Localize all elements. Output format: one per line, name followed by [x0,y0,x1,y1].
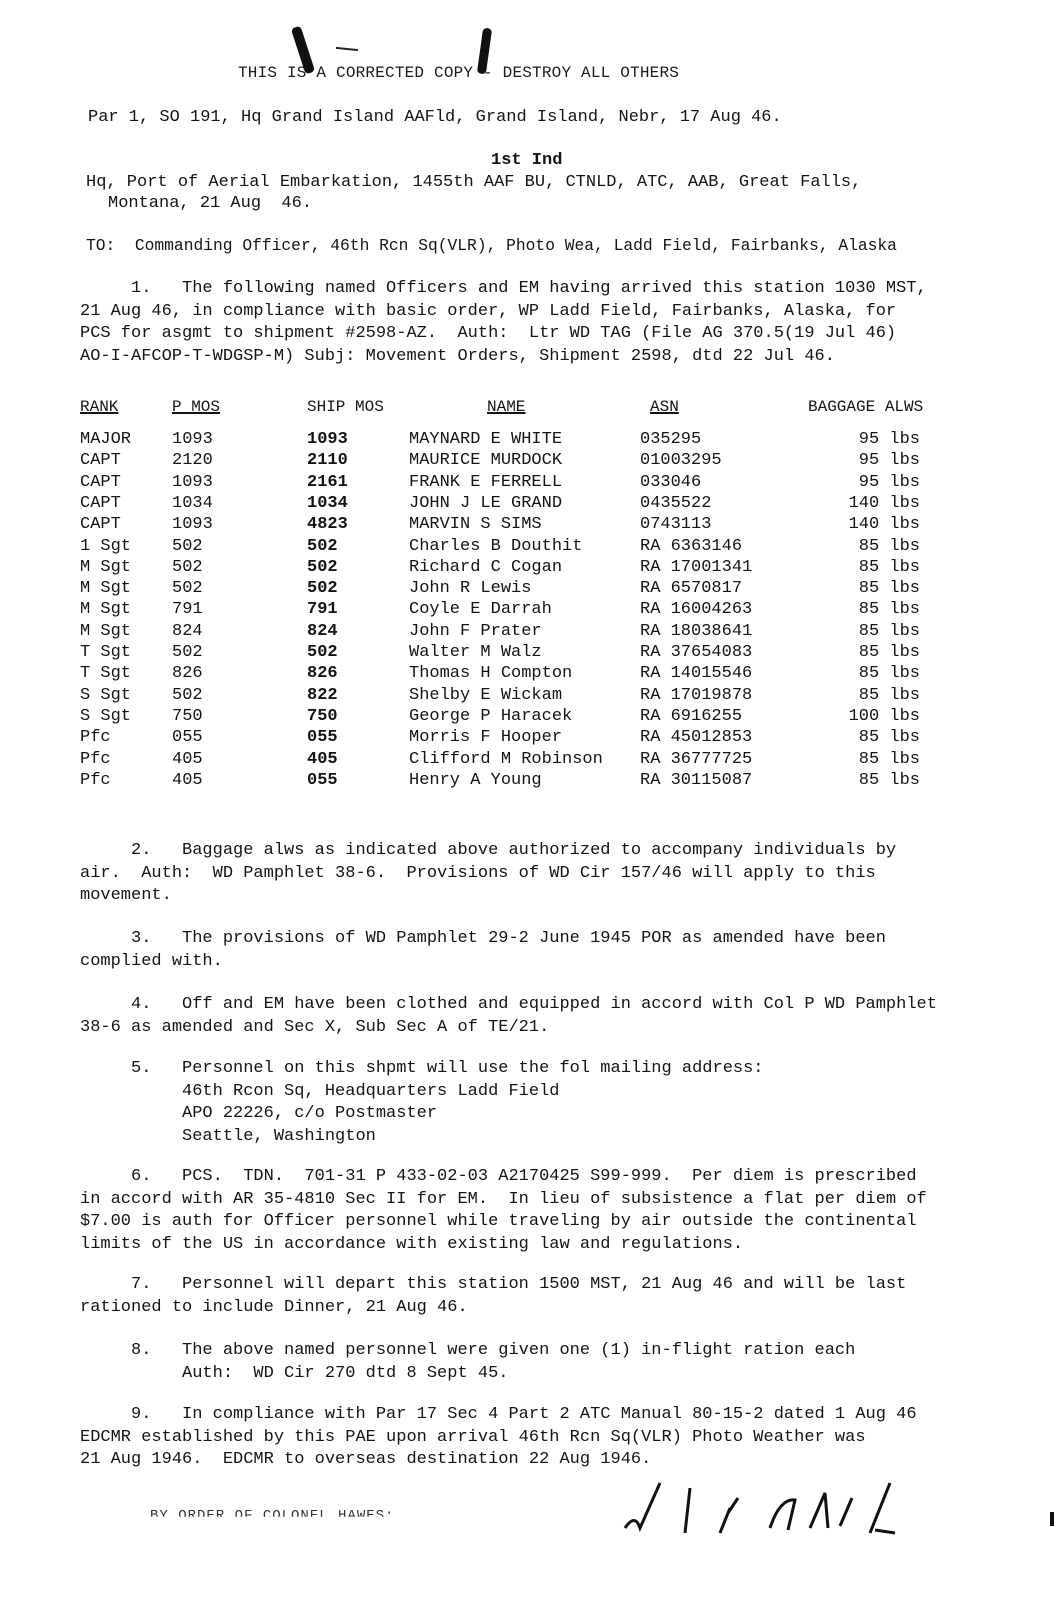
paragraph-8-line: 8. The above named personnel were given … [80,1340,1010,1363]
rank-cell: M Sgt [80,558,131,577]
p-mos-cell: 055 [172,728,203,747]
p-mos-cell: 824 [172,622,203,641]
table-row: T Sgt502502Walter M WalzRA 3765408385 lb… [0,643,1059,665]
p-mos-cell: 502 [172,558,203,577]
paragraph-1-line: PCS for asgmt to shipment #2598-AZ. Auth… [80,323,1010,346]
ship-mos-cell: 824 [307,622,338,641]
name-cell: Thomas H Compton [409,664,572,683]
ship-mos-cell: 502 [307,579,338,598]
from-line-2: Montana, 21 Aug 46. [108,194,312,213]
name-cell: John R Lewis [409,579,531,598]
baggage-cell: 85 lbs [800,558,920,577]
column-header-name: NAME [487,398,525,416]
baggage-cell: 85 lbs [800,579,920,598]
ship-mos-cell: 055 [307,771,338,790]
rank-cell: T Sgt [80,664,131,683]
p-mos-cell: 1034 [172,494,213,513]
baggage-cell: 85 lbs [800,686,920,705]
name-cell: MARVIN S SIMS [409,515,542,534]
name-cell: John F Prater [409,622,542,641]
p-mos-cell: 502 [172,643,203,662]
asn-cell: RA 16004263 [640,600,752,619]
paragraph-4: 4. Off and EM have been clothed and equi… [80,994,1010,1039]
name-cell: Morris F Hooper [409,728,562,747]
baggage-cell: 85 lbs [800,622,920,641]
name-cell: Charles B Douthit [409,537,582,556]
table-row: CAPT21202110MAURICE MURDOCK0100329595 lb… [0,451,1059,473]
name-cell: MAYNARD E WHITE [409,430,562,449]
baggage-cell: 85 lbs [800,537,920,556]
baggage-cell: 85 lbs [800,771,920,790]
p-mos-cell: 1093 [172,430,213,449]
paragraph-7: 7. Personnel will depart this station 15… [80,1274,1010,1319]
baggage-cell: 85 lbs [800,664,920,683]
table-row: T Sgt826826Thomas H ComptonRA 1401554685… [0,664,1059,686]
paragraph-3-line: complied with. [80,951,1010,974]
paragraph-8: 8. The above named personnel were given … [80,1340,1010,1385]
asn-cell: 033046 [640,473,701,492]
rank-cell: M Sgt [80,622,131,641]
rank-cell: 1 Sgt [80,537,131,556]
table-row: 1 Sgt502502Charles B DouthitRA 636314685… [0,537,1059,559]
table-row: CAPT10932161FRANK E FERRELL03304695 lbs [0,473,1059,495]
rank-cell: CAPT [80,473,121,492]
p-mos-cell: 2120 [172,451,213,470]
name-cell: George P Haracek [409,707,572,726]
column-header-ship-mos: SHIP MOS [307,398,384,416]
asn-cell: RA 36777725 [640,750,752,769]
asn-cell: RA 30115087 [640,771,752,790]
baggage-cell: 85 lbs [800,728,920,747]
p-mos-cell: 750 [172,707,203,726]
paragraph-2-line: 2. Baggage alws as indicated above autho… [80,840,1010,863]
paragraph-6: 6. PCS. TDN. 701-31 P 433-02-03 A2170425… [80,1166,1010,1256]
p-mos-cell: 502 [172,537,203,556]
paragraph-9-line: 9. In compliance with Par 17 Sec 4 Part … [80,1404,1010,1427]
paragraph-5-mailing-address: 5. Personnel on this shpmt will use the … [80,1058,1010,1148]
paragraph-9-line: 21 Aug 1946. EDCMR to overseas destinati… [80,1449,1010,1472]
name-cell: Henry A Young [409,771,542,790]
table-row: M Sgt824824John F PraterRA 1803864185 lb… [0,622,1059,644]
paragraph-9: 9. In compliance with Par 17 Sec 4 Part … [80,1404,1010,1472]
name-cell: Shelby E Wickam [409,686,562,705]
asn-cell: RA 17019878 [640,686,752,705]
p-mos-cell: 791 [172,600,203,619]
baggage-cell: 140 lbs [800,494,920,513]
paragraph-3: 3. The provisions of WD Pamphlet 29-2 Ju… [80,928,1010,973]
ship-mos-cell: 750 [307,707,338,726]
paragraph-6-line: 6. PCS. TDN. 701-31 P 433-02-03 A2170425… [80,1166,1010,1189]
paragraph-6-line: $7.00 is auth for Officer personnel whil… [80,1211,1010,1234]
ship-mos-cell: 826 [307,664,338,683]
paragraph-4-line: 38-6 as amended and Sec X, Sub Sec A of … [80,1017,1010,1040]
mailing-address-city: Seattle, Washington [80,1126,1010,1149]
ship-mos-cell: 822 [307,686,338,705]
ship-mos-cell: 791 [307,600,338,619]
name-cell: Walter M Walz [409,643,542,662]
name-cell: FRANK E FERRELL [409,473,562,492]
table-row: Pfc055055Morris F HooperRA 4501285385 lb… [0,728,1059,750]
scan-edge-mark [1050,1512,1054,1526]
ship-mos-cell: 502 [307,537,338,556]
p-mos-cell: 405 [172,771,203,790]
asn-cell: 0743113 [640,515,711,534]
paragraph-7-line: 7. Personnel will depart this station 15… [80,1274,1010,1297]
asn-cell: 035295 [640,430,701,449]
baggage-cell: 85 lbs [800,600,920,619]
reference-line: Par 1, SO 191, Hq Grand Island AAFld, Gr… [88,108,782,127]
paragraph-5-line: 5. Personnel on this shpmt will use the … [80,1058,1010,1081]
paragraph-2-line: air. Auth: WD Pamphlet 38-6. Provisions … [80,863,1010,886]
name-cell: Clifford M Robinson [409,750,603,769]
paragraph-2-line: movement. [80,885,1010,908]
baggage-cell: 140 lbs [800,515,920,534]
rank-cell: Pfc [80,750,111,769]
rank-cell: CAPT [80,515,121,534]
rank-cell: S Sgt [80,707,131,726]
paragraph-6-line: in accord with AR 35-4810 Sec II for EM.… [80,1189,1010,1212]
from-line-1: Hq, Port of Aerial Embarkation, 1455th A… [86,173,861,192]
table-row: S Sgt750750George P HaracekRA 6916255100… [0,707,1059,729]
rank-cell: CAPT [80,494,121,513]
ship-mos-cell: 502 [307,558,338,577]
ship-mos-cell: 2110 [307,451,348,470]
paragraph-1-line: 1. The following named Officers and EM h… [80,278,1010,301]
table-row: CAPT10341034JOHN J LE GRAND0435522140 lb… [0,494,1059,516]
column-header-baggage: BAGGAGE ALWS [808,398,923,416]
ship-mos-cell: 1034 [307,494,348,513]
corrected-copy-banner: THIS IS A CORRECTED COPY - DESTROY ALL O… [238,64,679,82]
paragraph-1: 1. The following named Officers and EM h… [80,278,1010,368]
asn-cell: RA 6916255 [640,707,742,726]
name-cell: JOHN J LE GRAND [409,494,562,513]
signature-mark [620,1478,910,1538]
table-row: S Sgt502822Shelby E WickamRA 1701987885 … [0,686,1059,708]
paragraph-6-line: limits of the US in accordance with exis… [80,1234,1010,1257]
paragraph-2: 2. Baggage alws as indicated above autho… [80,840,1010,908]
ship-mos-cell: 055 [307,728,338,747]
p-mos-cell: 502 [172,579,203,598]
ship-mos-cell: 2161 [307,473,348,492]
rank-cell: CAPT [80,451,121,470]
table-row: MAJOR10931093MAYNARD E WHITE03529595 lbs [0,430,1059,452]
paragraph-4-line: 4. Off and EM have been clothed and equi… [80,994,1010,1017]
asn-cell: RA 6570817 [640,579,742,598]
name-cell: MAURICE MURDOCK [409,451,562,470]
baggage-cell: 85 lbs [800,643,920,662]
rank-cell: S Sgt [80,686,131,705]
rank-cell: MAJOR [80,430,131,449]
table-row: M Sgt791791Coyle E DarrahRA 1600426385 l… [0,600,1059,622]
handwritten-dash [336,47,358,51]
p-mos-cell: 502 [172,686,203,705]
asn-cell: 0435522 [640,494,711,513]
p-mos-cell: 826 [172,664,203,683]
asn-cell: RA 45012853 [640,728,752,747]
by-order-line: BY ORDER OF COLONEL HAWES: [150,1508,394,1524]
mailing-address-unit: 46th Rcon Sq, Headquarters Ladd Field [80,1081,1010,1104]
paragraph-1-line: 21 Aug 46, in compliance with basic orde… [80,301,1010,324]
paragraph-8-line: Auth: WD Cir 270 dtd 8 Sept 45. [80,1363,1010,1386]
rank-cell: Pfc [80,771,111,790]
table-row: Pfc405405Clifford M RobinsonRA 367777258… [0,750,1059,772]
indorsement-heading: 1st Ind [491,151,562,170]
asn-cell: 01003295 [640,451,722,470]
rank-cell: Pfc [80,728,111,747]
column-header-p-mos: P MOS [172,398,220,416]
ship-mos-cell: 1093 [307,430,348,449]
asn-cell: RA 6363146 [640,537,742,556]
table-row: CAPT10934823MARVIN S SIMS0743113140 lbs [0,515,1059,537]
ship-mos-cell: 405 [307,750,338,769]
addressee-line: TO: Commanding Officer, 46th Rcn Sq(VLR)… [86,236,897,255]
ship-mos-cell: 4823 [307,515,348,534]
p-mos-cell: 1093 [172,515,213,534]
baggage-cell: 85 lbs [800,750,920,769]
table-row: M Sgt502502John R LewisRA 657081785 lbs [0,579,1059,601]
paragraph-9-line: EDCMR established by this PAE upon arriv… [80,1427,1010,1450]
table-row: M Sgt502502Richard C CoganRA 1700134185 … [0,558,1059,580]
asn-cell: RA 37654083 [640,643,752,662]
ship-mos-cell: 502 [307,643,338,662]
column-header-asn: ASN [650,398,679,416]
mailing-address-apo: APO 22226, c/o Postmaster [80,1103,1010,1126]
table-row: Pfc405055Henry A YoungRA 3011508785 lbs [0,771,1059,793]
asn-cell: RA 17001341 [640,558,752,577]
paragraph-3-line: 3. The provisions of WD Pamphlet 29-2 Ju… [80,928,1010,951]
rank-cell: M Sgt [80,600,131,619]
name-cell: Coyle E Darrah [409,600,552,619]
name-cell: Richard C Cogan [409,558,562,577]
asn-cell: RA 14015546 [640,664,752,683]
p-mos-cell: 1093 [172,473,213,492]
asn-cell: RA 18038641 [640,622,752,641]
baggage-cell: 100 lbs [800,707,920,726]
baggage-cell: 95 lbs [800,430,920,449]
paragraph-7-line: rationed to include Dinner, 21 Aug 46. [80,1297,1010,1320]
baggage-cell: 95 lbs [800,451,920,470]
p-mos-cell: 405 [172,750,203,769]
baggage-cell: 95 lbs [800,473,920,492]
document-page: THIS IS A CORRECTED COPY - DESTROY ALL O… [0,0,1059,1616]
paragraph-1-line: AO-I-AFCOP-T-WDGSP-M) Subj: Movement Ord… [80,346,1010,369]
rank-cell: M Sgt [80,579,131,598]
column-header-rank: RANK [80,398,118,416]
rank-cell: T Sgt [80,643,131,662]
